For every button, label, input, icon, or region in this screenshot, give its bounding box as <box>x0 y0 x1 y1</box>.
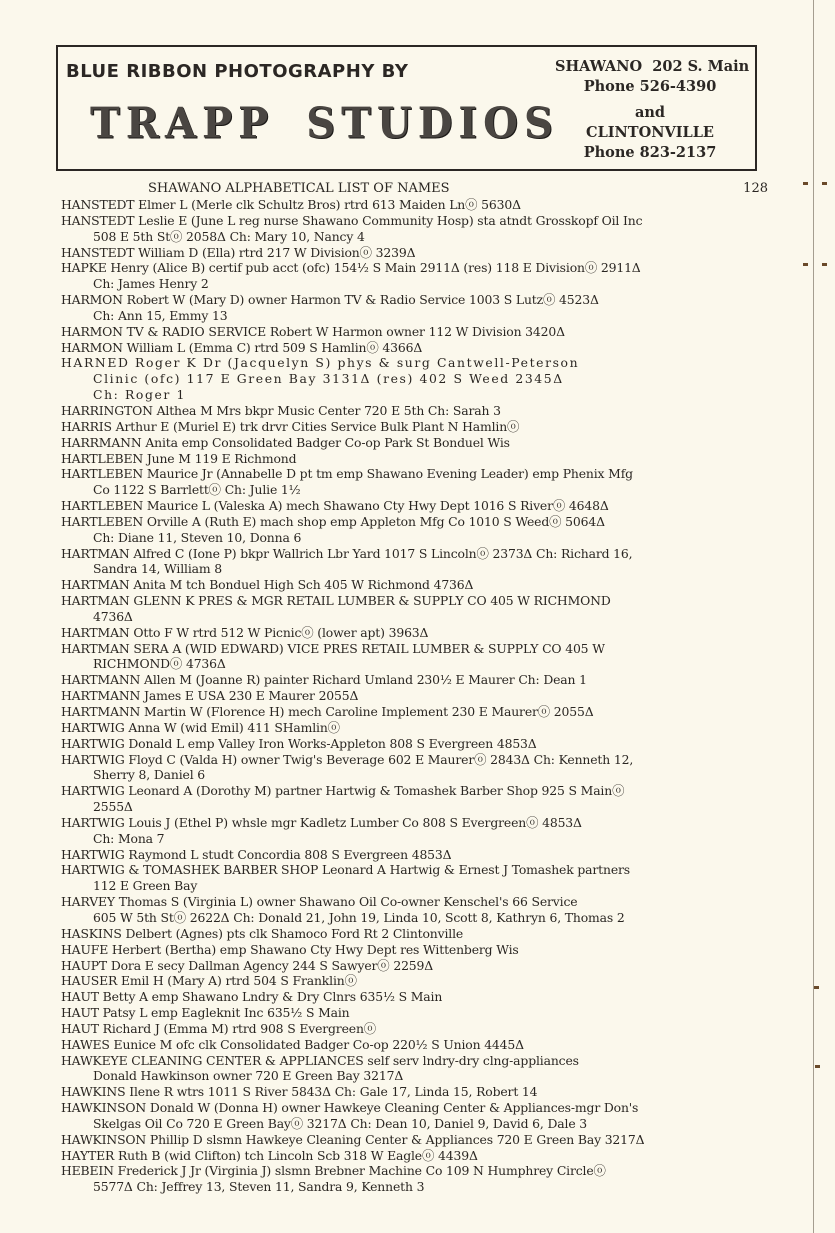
ad-locations: SHAWANO 202 S. Main Phone 526-4390 and C… <box>555 57 745 163</box>
entry-continuation-line: Clinic (ofc) 117 E Green Bay 3131Δ (res)… <box>61 371 781 387</box>
page-fold-line <box>813 0 814 1233</box>
entry-line: HARRINGTON Althea M Mrs bkpr Music Cente… <box>61 403 501 418</box>
entry-line: HARTWIG Donald L emp Valley Iron Works-A… <box>61 736 537 751</box>
entry-line: HANSTEDT Elmer L (Merle clk Schultz Bros… <box>61 197 521 212</box>
entry-line: HARTLEBEN Orville A (Ruth E) mach shop e… <box>61 514 605 529</box>
directory-entry: HARTMANN Allen M (Joanne R) painter Rich… <box>61 672 781 688</box>
directory-entry: HAUT Betty A emp Shawano Lndry & Dry Cln… <box>61 989 781 1005</box>
entry-continuation-line: 2555Δ <box>61 799 781 815</box>
directory-entry: HARTWIG & TOMASHEK BARBER SHOP Leonard A… <box>61 862 781 894</box>
directory-entry: HARTLEBEN Maurice L (Valeska A) mech Sha… <box>61 498 781 514</box>
directory-entry: HEBEIN Frederick J Jr (Virginia J) slsmn… <box>61 1163 781 1195</box>
directory-entry: HARTWIG Floyd C (Valda H) owner Twig's B… <box>61 752 781 784</box>
entry-line: HAWKEYE CLEANING CENTER & APPLIANCES sel… <box>61 1053 579 1068</box>
directory-entry: HAWKINSON Phillip D slsmn Hawkeye Cleani… <box>61 1132 781 1148</box>
entry-line: HARTMANN James E USA 230 E Maurer 2055Δ <box>61 688 358 703</box>
directory-entry: HAUT Richard J (Emma M) rtrd 908 S Everg… <box>61 1021 781 1037</box>
entry-continuation-line: Ch: Mona 7 <box>61 831 781 847</box>
entry-continuation-line: Donald Hawkinson owner 720 E Green Bay 3… <box>61 1068 781 1084</box>
entry-line: HAYTER Ruth B (wid Clifton) tch Lincoln … <box>61 1148 478 1163</box>
directory-entry: HARMON William L (Emma C) rtrd 509 S Ham… <box>61 340 781 356</box>
directory-entry: HARTLEBEN Maurice Jr (Annabelle D pt tm … <box>61 466 781 498</box>
directory-entry: HARTWIG Anna W (wid Emil) 411 SHamlinⓞ <box>61 720 781 736</box>
entry-continuation-line: Co 1122 S Barrlettⓞ Ch: Julie 1½ <box>61 482 781 498</box>
directory-listing: HANSTEDT Elmer L (Merle clk Schultz Bros… <box>61 197 781 1195</box>
entry-line: HAWKINSON Phillip D slsmn Hawkeye Cleani… <box>61 1132 644 1147</box>
ad-location-line: Phone 526-4390 <box>555 77 745 97</box>
ad-brand-word: STUDIOS <box>306 99 559 148</box>
ad-location-line: and <box>555 103 745 123</box>
directory-entry: HANSTEDT Leslie E (June L reg nurse Shaw… <box>61 213 781 245</box>
entry-line: HANSTEDT William D (Ella) rtrd 217 W Div… <box>61 245 415 260</box>
directory-entry: HAWKINSON Donald W (Donna H) owner Hawke… <box>61 1100 781 1132</box>
directory-entry: HARTWIG Leonard A (Dorothy M) partner Ha… <box>61 783 781 815</box>
entry-line: HANSTEDT Leslie E (June L reg nurse Shaw… <box>61 213 642 228</box>
directory-entry: HARNED Roger K Dr (Jacquelyn S) phys & s… <box>61 355 781 403</box>
entry-line: HARRMANN Anita emp Consolidated Badger C… <box>61 435 510 450</box>
entry-line: HARTWIG Floyd C (Valda H) owner Twig's B… <box>61 752 633 767</box>
entry-line: HARMON Robert W (Mary D) owner Harmon TV… <box>61 292 599 307</box>
entry-continuation-line: RICHMONDⓞ 4736Δ <box>61 656 781 672</box>
entry-line: HAPKE Henry (Alice B) certif pub acct (o… <box>61 260 641 275</box>
directory-entry: HARTMANN Martin W (Florence H) mech Caro… <box>61 704 781 720</box>
entry-line: HEBEIN Frederick J Jr (Virginia J) slsmn… <box>61 1163 606 1178</box>
entry-line: HARTWIG Raymond L studt Concordia 808 S … <box>61 847 451 862</box>
entry-continuation-line: 4736Δ <box>61 609 781 625</box>
directory-entry: HARTMAN Otto F W rtrd 512 W Picnicⓞ (low… <box>61 625 781 641</box>
entry-continuation-line: 508 E 5th Stⓞ 2058Δ Ch: Mary 10, Nancy 4 <box>61 229 781 245</box>
directory-entry: HARTWIG Raymond L studt Concordia 808 S … <box>61 847 781 863</box>
entry-line: HARVEY Thomas S (Virginia L) owner Shawa… <box>61 894 577 909</box>
directory-entry: HARTLEBEN June M 119 E Richmond <box>61 451 781 467</box>
directory-entry: HARTLEBEN Orville A (Ruth E) mach shop e… <box>61 514 781 546</box>
entry-line: HAWKINS Ilene R wtrs 1011 S River 5843Δ … <box>61 1084 537 1099</box>
directory-entry: HARTWIG Donald L emp Valley Iron Works-A… <box>61 736 781 752</box>
directory-entry: HARTMAN GLENN K PRES & MGR RETAIL LUMBER… <box>61 593 781 625</box>
entry-continuation-line: 112 E Green Bay <box>61 878 781 894</box>
margin-mark <box>815 1065 820 1068</box>
entry-line: HARTMANN Martin W (Florence H) mech Caro… <box>61 704 594 719</box>
directory-entry: HARMON Robert W (Mary D) owner Harmon TV… <box>61 292 781 324</box>
entry-line: HARTWIG & TOMASHEK BARBER SHOP Leonard A… <box>61 862 630 877</box>
entry-line: HARTMAN Alfred C (Ione P) bkpr Wallrich … <box>61 546 632 561</box>
page-heading: SHAWANO ALPHABETICAL LIST OF NAMES <box>148 181 450 196</box>
directory-entry: HANSTEDT William D (Ella) rtrd 217 W Div… <box>61 245 781 261</box>
directory-entry: HAUSER Emil H (Mary A) rtrd 504 S Frankl… <box>61 973 781 989</box>
directory-entry: HARTMAN Alfred C (Ione P) bkpr Wallrich … <box>61 546 781 578</box>
entry-line: HARTLEBEN June M 119 E Richmond <box>61 451 296 466</box>
margin-mark <box>822 182 827 185</box>
directory-entry: HASKINS Delbert (Agnes) pts clk Shamoco … <box>61 926 781 942</box>
margin-mark <box>822 263 827 266</box>
directory-entry: HARTMANN James E USA 230 E Maurer 2055Δ <box>61 688 781 704</box>
directory-entry: HAUT Patsy L emp Eagleknit Inc 635½ S Ma… <box>61 1005 781 1021</box>
ad-location-line: Phone 823-2137 <box>555 143 745 163</box>
entry-continuation-line: 5577Δ Ch: Jeffrey 13, Steven 11, Sandra … <box>61 1179 781 1195</box>
entry-line: HARTMAN Otto F W rtrd 512 W Picnicⓞ (low… <box>61 625 428 640</box>
entry-line: HAUT Patsy L emp Eagleknit Inc 635½ S Ma… <box>61 1005 350 1020</box>
directory-entry: HAWES Eunice M ofc clk Consolidated Badg… <box>61 1037 781 1053</box>
entry-continuation-line: 605 W 5th Stⓞ 2622Δ Ch: Donald 21, John … <box>61 910 781 926</box>
entry-line: HAUFE Herbert (Bertha) emp Shawano Cty H… <box>61 942 519 957</box>
directory-entry: HAWKEYE CLEANING CENTER & APPLIANCES sel… <box>61 1053 781 1085</box>
directory-entry: HARTWIG Louis J (Ethel P) whsle mgr Kadl… <box>61 815 781 847</box>
directory-entry: HARRINGTON Althea M Mrs bkpr Music Cente… <box>61 403 781 419</box>
margin-mark <box>803 263 808 266</box>
ad-brand-word: TRAPP <box>90 99 274 148</box>
entry-line: HAUSER Emil H (Mary A) rtrd 504 S Frankl… <box>61 973 357 988</box>
directory-entry: HARTMAN SERA A (WID EDWARD) VICE PRES RE… <box>61 641 781 673</box>
directory-entry: HANSTEDT Elmer L (Merle clk Schultz Bros… <box>61 197 781 213</box>
directory-entry: HARMON TV & RADIO SERVICE Robert W Harmo… <box>61 324 781 340</box>
directory-entry: HAPKE Henry (Alice B) certif pub acct (o… <box>61 260 781 292</box>
entry-line: HARMON TV & RADIO SERVICE Robert W Harmo… <box>61 324 565 339</box>
ad-brand-name: TRAPPSTUDIOS <box>90 99 559 148</box>
entry-line: HAWES Eunice M ofc clk Consolidated Badg… <box>61 1037 524 1052</box>
directory-entry: HARRIS Arthur E (Muriel E) trk drvr Citi… <box>61 419 781 435</box>
directory-entry: HAUPT Dora E secy Dallman Agency 244 S S… <box>61 958 781 974</box>
entry-line: HARNED Roger K Dr (Jacquelyn S) phys & s… <box>61 355 579 370</box>
directory-entry: HAYTER Ruth B (wid Clifton) tch Lincoln … <box>61 1148 781 1164</box>
page-number: 128 <box>743 181 768 196</box>
entry-continuation-line: Ch: Ann 15, Emmy 13 <box>61 308 781 324</box>
page-header: SHAWANO ALPHABETICAL LIST OF NAMES 128 <box>148 181 768 196</box>
entry-line: HARTLEBEN Maurice L (Valeska A) mech Sha… <box>61 498 609 513</box>
entry-line: HARTLEBEN Maurice Jr (Annabelle D pt tm … <box>61 466 633 481</box>
entry-line: HAUT Betty A emp Shawano Lndry & Dry Cln… <box>61 989 442 1004</box>
entry-continuation-line: Sherry 8, Daniel 6 <box>61 767 781 783</box>
entry-line: HARRIS Arthur E (Muriel E) trk drvr Citi… <box>61 419 519 434</box>
directory-entry: HAWKINS Ilene R wtrs 1011 S River 5843Δ … <box>61 1084 781 1100</box>
entry-line: HAUT Richard J (Emma M) rtrd 908 S Everg… <box>61 1021 376 1036</box>
entry-line: HARTMAN SERA A (WID EDWARD) VICE PRES RE… <box>61 641 605 656</box>
entry-line: HARTMANN Allen M (Joanne R) painter Rich… <box>61 672 587 687</box>
directory-entry: HARRMANN Anita emp Consolidated Badger C… <box>61 435 781 451</box>
directory-entry: HARTMAN Anita M tch Bonduel High Sch 405… <box>61 577 781 593</box>
entry-line: HARTWIG Leonard A (Dorothy M) partner Ha… <box>61 783 624 798</box>
entry-line: HARTWIG Louis J (Ethel P) whsle mgr Kadl… <box>61 815 582 830</box>
directory-entry: HAUFE Herbert (Bertha) emp Shawano Cty H… <box>61 942 781 958</box>
directory-entry: HARVEY Thomas S (Virginia L) owner Shawa… <box>61 894 781 926</box>
entry-line: HARTWIG Anna W (wid Emil) 411 SHamlinⓞ <box>61 720 340 735</box>
margin-mark <box>803 182 808 185</box>
entry-line: HASKINS Delbert (Agnes) pts clk Shamoco … <box>61 926 463 941</box>
ad-tagline: BLUE RIBBON PHOTOGRAPHY BY <box>66 61 559 82</box>
entry-continuation-line: Skelgas Oil Co 720 E Green Bayⓞ 3217Δ Ch… <box>61 1116 781 1132</box>
ad-location-line: SHAWANO 202 S. Main <box>555 57 745 77</box>
entry-line: HARTMAN Anita M tch Bonduel High Sch 405… <box>61 577 473 592</box>
entry-continuation-line: Ch: Roger 1 <box>61 387 781 403</box>
margin-mark <box>814 986 819 989</box>
entry-line: HAUPT Dora E secy Dallman Agency 244 S S… <box>61 958 433 973</box>
entry-line: HARTMAN GLENN K PRES & MGR RETAIL LUMBER… <box>61 593 611 608</box>
trapp-studios-advertisement: BLUE RIBBON PHOTOGRAPHY BY TRAPPSTUDIOS … <box>56 45 757 171</box>
entry-continuation-line: Ch: James Henry 2 <box>61 276 781 292</box>
ad-location-line: CLINTONVILLE <box>555 123 745 143</box>
entry-line: HAWKINSON Donald W (Donna H) owner Hawke… <box>61 1100 638 1115</box>
entry-continuation-line: Ch: Diane 11, Steven 10, Donna 6 <box>61 530 781 546</box>
entry-continuation-line: Sandra 14, William 8 <box>61 561 781 577</box>
entry-line: HARMON William L (Emma C) rtrd 509 S Ham… <box>61 340 422 355</box>
